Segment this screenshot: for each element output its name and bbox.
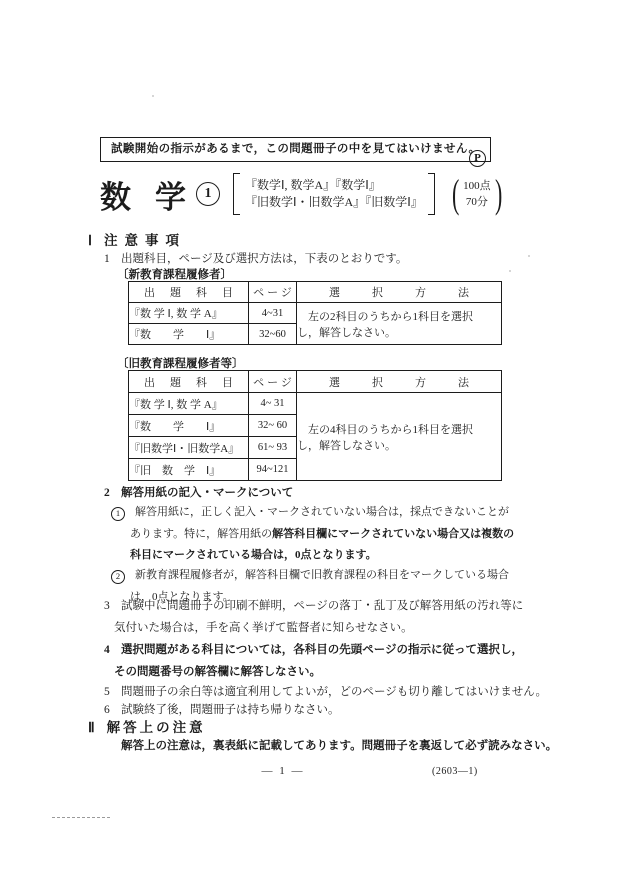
cell-subject: 『数 学 Ⅰ』 [129, 324, 249, 345]
cell-pages: 32~60 [249, 324, 297, 345]
item-3: 3試験中に問題冊子の印刷不鮮明，ページの落丁・乱丁及び解答用紙の汚れ等に 気付い… [104, 596, 523, 639]
circled-1-icon: 1 [196, 182, 220, 206]
page-title: 数学 [100, 172, 210, 217]
section2-numeral: Ⅱ [88, 720, 95, 735]
table-old-curriculum: 出題科目 ページ 選択方法 『数 学 Ⅰ, 数 学 A』 4~ 31 左の4科目… [128, 370, 502, 481]
title-row: 数学 1 『数学Ⅰ, 数学A』『数学Ⅰ』 『旧数学Ⅰ・旧数学A』『旧数学Ⅰ』 (… [100, 169, 505, 219]
col-header-subject: 出題科目 [129, 371, 249, 393]
subnote-1-line-2-regular: あります。特に，解答用紙の [130, 528, 272, 540]
subnote-1-line-3: 科目にマークされている場合は，0点となります。 [130, 545, 514, 567]
section2-body: 解答上の注意は，裏表紙に記載してあります。問題冊子を裏返して必ず読みなさい。 [121, 737, 557, 753]
section2-heading: Ⅱ解答上の注意 [88, 716, 206, 736]
subject-line-1: 『数学Ⅰ, 数学A』『数学Ⅰ』 [245, 177, 423, 194]
col-header-subject: 出題科目 [129, 282, 249, 303]
item-4-number: 4 [104, 640, 121, 662]
warning-banner-text: 試験開始の指示があるまで，この問題冊子の中を見てはいけません。 [111, 143, 480, 155]
method-line-1: 左の4科目のうちから1科目を選択 [297, 421, 501, 437]
item-6-text: 試験終了後，問題冊子は持ち帰りなさい。 [121, 704, 340, 716]
cell-method: 左の4科目のうちから1科目を選択 し，解答しなさい。 [297, 393, 502, 481]
cell-subject: 『数 学 Ⅰ』 [129, 415, 249, 437]
cell-pages: 4~ 31 [249, 393, 297, 415]
title-circle-number: 1 [205, 186, 212, 202]
cell-subject: 『数 学 Ⅰ, 数 学 A』 [129, 303, 249, 324]
scan-speck [528, 255, 530, 257]
col-header-method: 選択方法 [297, 371, 502, 393]
method-line-1: 左の2科目のうちから1科目を選択 [297, 308, 501, 324]
circled-p-seal: P [469, 150, 486, 167]
method-line-2: し，解答しなさい。 [297, 324, 501, 340]
table-new-curriculum: 出題科目 ページ 選択方法 『数 学 Ⅰ, 数 学 A』 4~31 左の2科目の… [128, 281, 502, 345]
item-3-line-1: 試験中に問題冊子の印刷不鮮明，ページの落丁・乱丁及び解答用紙の汚れ等に [121, 600, 523, 612]
table-row: 『数 学 Ⅰ, 数 学 A』 4~31 左の2科目のうちから1科目を選択 し，解… [129, 303, 502, 324]
table-row: 出題科目 ページ 選択方法 [129, 282, 502, 303]
col-header-pages: ページ [249, 282, 297, 303]
subject-list: 『数学Ⅰ, 数学A』『数学Ⅰ』 『旧数学Ⅰ・旧数学A』『旧数学Ⅰ』 [240, 177, 428, 211]
subnote-1-line-1: 解答用紙に，正しく記入・マークされていない場合は，採点できないことが [135, 506, 509, 518]
cell-pages: 94~121 [249, 459, 297, 481]
seal-letter: P [474, 152, 481, 164]
item-5-text: 問題冊子の余白等は適宜利用してよいが，どのページも切り離してはいけません。 [121, 686, 547, 698]
cell-subject: 『旧 数 学 Ⅰ』 [129, 459, 249, 481]
table-row: 出題科目 ページ 選択方法 [129, 371, 502, 393]
score-minutes: 70分 [463, 194, 491, 210]
cell-pages: 4~31 [249, 303, 297, 324]
subnote-1: 1解答用紙に，正しく記入・マークされていない場合は，採点できないことが あります… [111, 502, 514, 567]
cell-pages: 61~ 93 [249, 437, 297, 459]
right-bracket [428, 173, 435, 215]
item-4-line-2: その問題番号の解答欄に解答しなさい。 [114, 662, 523, 684]
item-3-number: 3 [104, 596, 121, 618]
item-4: 4選択問題がある科目については，各科目の先頭ページの指示に従って選択し， その問… [104, 640, 523, 683]
item-4-line-1: 選択問題がある科目については，各科目の先頭ページの指示に従って選択し， [121, 644, 523, 656]
subject-line-2: 『旧数学Ⅰ・旧数学A』『旧数学Ⅰ』 [245, 194, 423, 211]
table-old-label: 〔旧教育課程履修者等〕 [117, 355, 244, 371]
score-points: 100点 [463, 178, 491, 194]
page-number: — 1 — [238, 765, 328, 777]
section1-heading-text: 注意事項 [104, 233, 186, 248]
method-line-2: し，解答しなさい。 [297, 437, 501, 453]
section1-heading: Ⅰ注意事項 [88, 229, 186, 249]
section2-heading-text: 解答上の注意 [107, 720, 206, 735]
cell-pages: 32~ 60 [249, 415, 297, 437]
left-bracket [233, 173, 240, 215]
col-header-method: 選択方法 [297, 282, 502, 303]
booklet-code: (2603—1) [432, 766, 478, 777]
scan-speck [152, 95, 154, 97]
cell-subject: 『旧数学Ⅰ・旧数学A』 [129, 437, 249, 459]
scan-artifact-line [52, 817, 110, 818]
open-paren: ( [452, 174, 459, 214]
subnote-1-line-2-bold: 解答科目欄にマークされていない場合又は複数の [272, 528, 514, 540]
col-header-pages: ページ [249, 371, 297, 393]
table-new-label: 〔新教育課程履修者〕 [117, 266, 232, 282]
circled-number-1-icon: 1 [111, 507, 125, 521]
cell-subject: 『数 学 Ⅰ, 数 学 A』 [129, 393, 249, 415]
warning-banner: 試験開始の指示があるまで，この問題冊子の中を見てはいけません。 [100, 137, 491, 162]
item-1-text: 出題科目，ページ及び選択方法は，下表のとおりです。 [121, 253, 407, 265]
exam-cover-page: 試験開始の指示があるまで，この問題冊子の中を見てはいけません。 P 数学 1 『… [0, 0, 620, 876]
item-2-text: 解答用紙の記入・マークについて [121, 487, 293, 499]
table-row: 『数 学 Ⅰ, 数 学 A』 4~ 31 左の4科目のうちから1科目を選択 し，… [129, 393, 502, 415]
circled-number-2-icon: 2 [111, 570, 125, 584]
item-3-line-2: 気付いた場合は，手を高く挙げて監督者に知らせなさい。 [114, 618, 523, 640]
close-paren: ) [495, 174, 502, 214]
score-block: ( 100点 70分 ) [449, 174, 505, 214]
section1-numeral: Ⅰ [88, 233, 92, 248]
cell-method: 左の2科目のうちから1科目を選択 し，解答しなさい。 [297, 303, 502, 345]
scan-speck [509, 270, 511, 272]
subnote-2-line-1: 新教育課程履修者が，解答科目欄で旧教育課程の科目をマークしている場合 [135, 569, 509, 581]
